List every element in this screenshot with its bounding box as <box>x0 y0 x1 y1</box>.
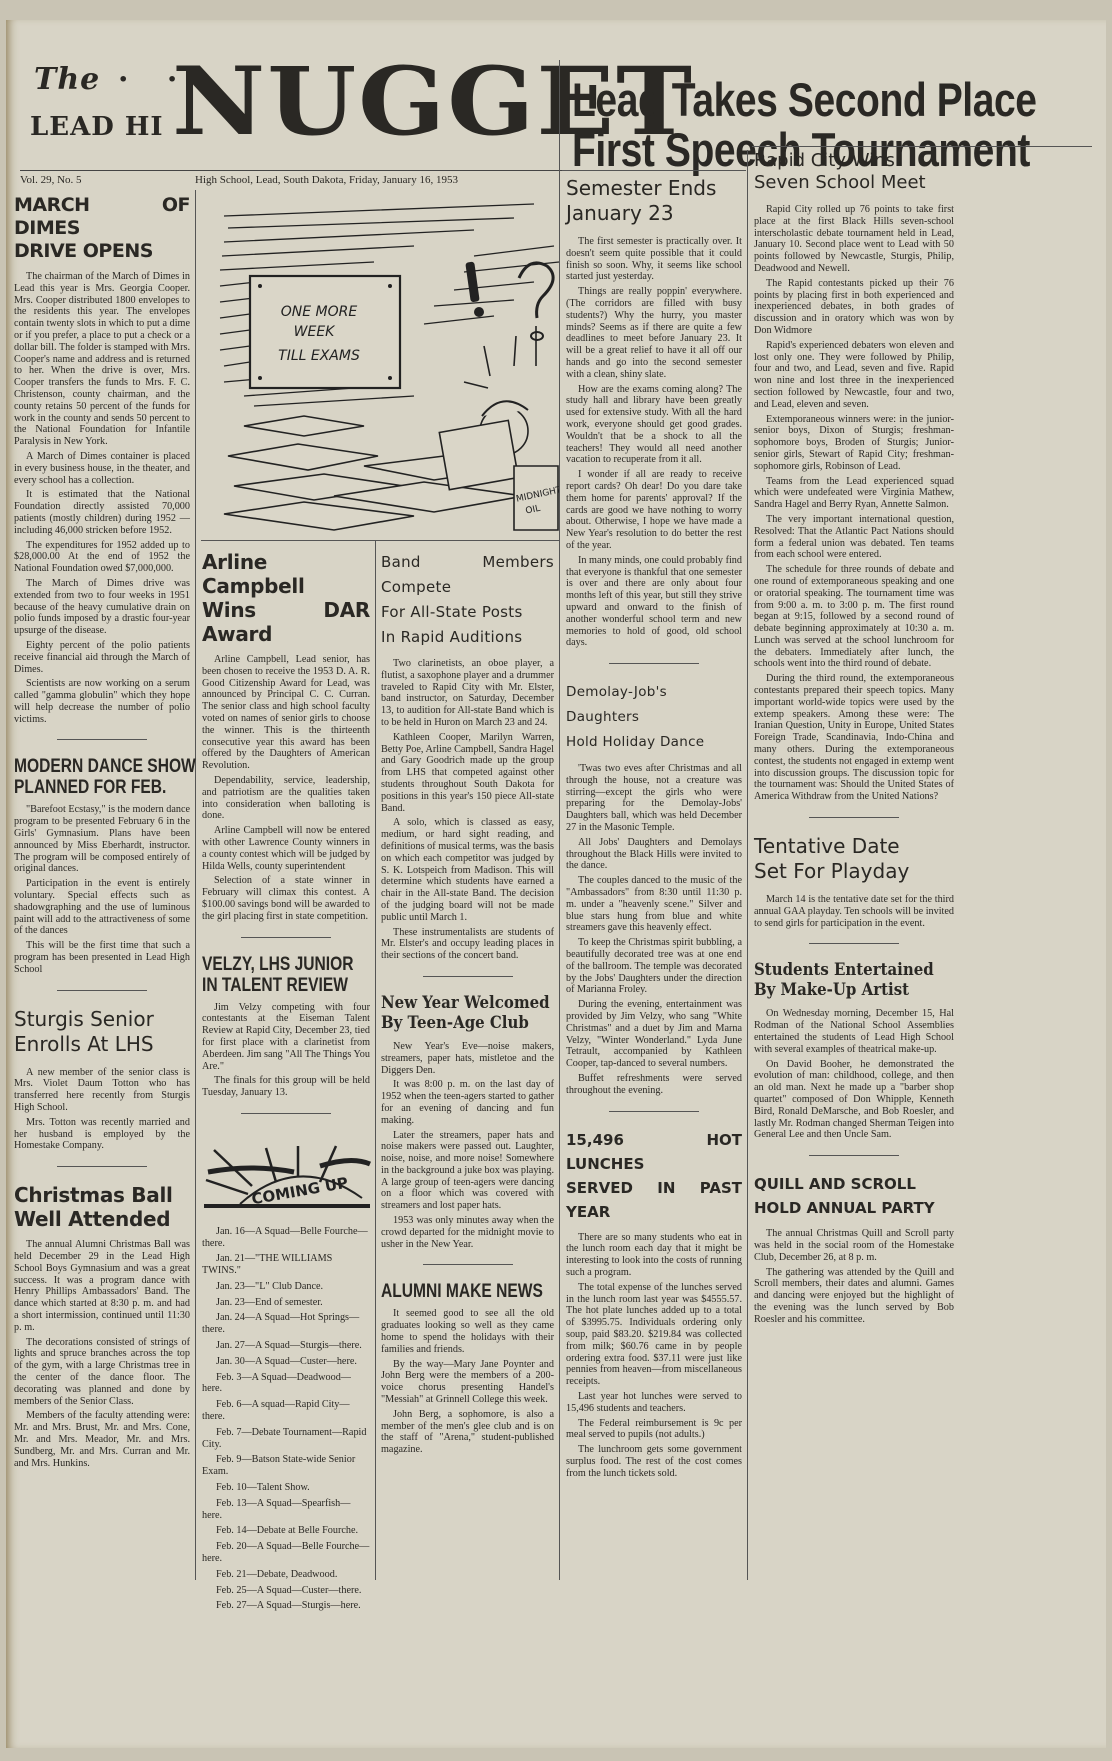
banner-line-1: Lead Takes Second Place <box>572 75 1020 125</box>
article-paragraph: To keep the Christmas spirit bubbling, a… <box>566 937 742 996</box>
article-paragraph: All Jobs' Daughters and Demolays through… <box>566 837 742 872</box>
headline-band-members: Band Members Compete For All-State Posts… <box>381 550 554 650</box>
event-item: Feb. 7—Debate Tournament—Rapid City. <box>202 1427 370 1451</box>
event-item: Jan. 23—"L" Club Dance. <box>202 1281 370 1293</box>
article-paragraph: Later the streamers, paper hats and nois… <box>381 1130 554 1213</box>
event-item: Jan. 16—A Squad—Belle Fourche—there. <box>202 1226 370 1250</box>
event-item: Feb. 20—A Squad—Belle Fourche—here. <box>202 1541 370 1565</box>
headline-rapid-city: Rapid City Wins Seven School Meet <box>754 150 954 194</box>
article-paragraph: The March of Dimes drive was extended fr… <box>14 578 190 637</box>
column-rule <box>747 150 748 1580</box>
article-paragraph: March 14 is the tentative date set for t… <box>754 894 954 929</box>
article-paragraph: Extemporaneous winners were: in the juni… <box>754 414 954 473</box>
column-1: MARCH OF DIMES DRIVE OPENS The chairman … <box>14 194 190 1472</box>
sign-text-1: ONE MORE <box>281 304 358 320</box>
article-paragraph: These instrumentalists are students of M… <box>381 927 554 962</box>
article-paragraph: Mrs. Totton was recently married and her… <box>14 1117 190 1152</box>
separator <box>609 1111 699 1112</box>
article-paragraph: Kathleen Cooper, Marilyn Warren, Betty P… <box>381 732 554 815</box>
article-paragraph: The finals for this group will be held T… <box>202 1075 370 1099</box>
article-paragraph: During the evening, entertainment was pr… <box>566 999 742 1070</box>
article-paragraph: Last year hot lunches were served to 15,… <box>566 1391 742 1415</box>
column-2: Arline Campbell Wins DAR Award Arline Ca… <box>202 550 370 1616</box>
article-paragraph: The lunchroom gets some government surpl… <box>566 1444 742 1479</box>
masthead-the: The <box>34 62 100 97</box>
article-paragraph: Two clarinetists, an oboe player, a flut… <box>381 658 554 729</box>
article-paragraph: In many minds, one could probably find t… <box>566 555 742 649</box>
rule <box>752 146 1092 147</box>
column-3: Band Members Compete For All-State Posts… <box>381 550 554 1459</box>
event-item: Jan. 21—"THE WILLIAMS TWINS." <box>202 1253 370 1277</box>
article-paragraph: Scientists are now working on a serum ca… <box>14 678 190 725</box>
event-item: Jan. 30—A Squad—Custer—here. <box>202 1356 370 1368</box>
article-paragraph: It was 8:00 p. m. on the last day of 195… <box>381 1079 554 1126</box>
article-paragraph: The first semester is practically over. … <box>566 236 742 283</box>
masthead-lead-hi: LEAD HI <box>30 112 164 142</box>
events-list: Jan. 16—A Squad—Belle Fourche—there. Jan… <box>202 1226 370 1613</box>
article-paragraph: Rapid's experienced debaters won eleven … <box>754 340 954 411</box>
column-4: Semester Ends January 23 The first semes… <box>566 176 742 1483</box>
separator <box>423 976 513 977</box>
article-paragraph: This will be the first time that such a … <box>14 940 190 975</box>
article-paragraph: The annual Christmas Quill and Scroll pa… <box>754 1228 954 1263</box>
newspaper-page: The · · LEAD HI NUGGET Lead Takes Second… <box>6 20 1106 1748</box>
separator <box>241 937 331 938</box>
article-paragraph: During the third round, the extemporaneo… <box>754 673 954 803</box>
event-item: Jan. 24—A Squad—Hot Springs—there. <box>202 1312 370 1336</box>
separator <box>57 990 147 991</box>
article-paragraph: It seemed good to see all the old gradua… <box>381 1308 554 1355</box>
event-item: Feb. 25—A Squad—Custer—there. <box>202 1585 370 1597</box>
event-item: Feb. 6—A squad—Rapid City—there. <box>202 1399 370 1423</box>
masthead-divider <box>559 60 560 172</box>
event-item: Jan. 27—A Squad—Sturgis—there. <box>202 1340 370 1352</box>
article-paragraph: The chairman of the March of Dimes in Le… <box>14 271 190 448</box>
separator <box>57 739 147 740</box>
article-paragraph: The gathering was attended by the Quill … <box>754 1267 954 1326</box>
event-item: Feb. 10—Talent Show. <box>202 1482 370 1494</box>
headline-semester-ends: Semester Ends January 23 <box>566 176 742 226</box>
article-paragraph: Members of the faculty attending were: M… <box>14 1410 190 1469</box>
separator <box>809 817 899 818</box>
separator <box>609 663 699 664</box>
exam-cartoon-illustration: ONE MORE WEEK TILL EXAMS MIDNIGHT OIL <box>214 196 559 538</box>
column-5: Rapid City Wins Seven School Meet Rapid … <box>754 150 954 1329</box>
article-paragraph: The annual Alumni Christmas Ball was hel… <box>14 1239 190 1333</box>
article-paragraph: Participation in the event is entirely v… <box>14 878 190 937</box>
article-paragraph: Teams from the Lead experienced squad wh… <box>754 476 954 511</box>
article-paragraph: On Wednesday morning, December 15, Hal R… <box>754 1008 954 1055</box>
column-rule <box>375 540 376 1580</box>
article-paragraph: New Year's Eve—noise makers, streamers, … <box>381 1041 554 1076</box>
event-item: Feb. 14—Debate at Belle Fourche. <box>202 1525 370 1537</box>
headline-demolay: Demolay-Job's Daughters Hold Holiday Dan… <box>566 680 742 755</box>
article-paragraph: The decorations consisted of strings of … <box>14 1337 190 1408</box>
article-paragraph: Arline Campbell will now be entered with… <box>202 825 370 872</box>
article-paragraph: Dependability, service, leadership, and … <box>202 775 370 822</box>
article-paragraph: How are the exams coming along? The stud… <box>566 384 742 467</box>
article-paragraph: By the way—Mary Jane Poynter and John Be… <box>381 1359 554 1406</box>
separator <box>423 1264 513 1265</box>
volume-number: Vol. 29, No. 5 <box>20 174 82 186</box>
cartoon-rule <box>201 540 559 541</box>
article-paragraph: Buffet refreshments were served througho… <box>566 1073 742 1097</box>
article-paragraph: The Federal reimbursement is 9c per meal… <box>566 1418 742 1442</box>
headline-arline-campbell: Arline Campbell Wins DAR Award <box>202 550 370 646</box>
headline-christmas-ball: Christmas Ball Well Attended <box>14 1183 190 1231</box>
headline-velzy: VELZY, LHS JUNIOR IN TALENT REVIEW <box>202 954 340 996</box>
article-paragraph: The Rapid contestants picked up their 76… <box>754 278 954 337</box>
column-rule <box>195 190 196 1580</box>
article-paragraph: It is estimated that the National Founda… <box>14 489 190 536</box>
headline-alumni: ALUMNI MAKE NEWS <box>381 1281 523 1302</box>
article-paragraph: On David Booher, he demonstrated the evo… <box>754 1059 954 1142</box>
separator <box>809 1155 899 1156</box>
article-paragraph: Rapid City rolled up 76 points to take f… <box>754 204 954 275</box>
headline-modern-dance: MODERN DANCE SHOW PLANNED FOR FEB. <box>14 756 158 798</box>
dateline-bar: Vol. 29, No. 5 High School, Lead, South … <box>20 170 565 173</box>
article-paragraph: Arline Campbell, Lead senior, has been c… <box>202 654 370 772</box>
separator <box>57 1166 147 1167</box>
event-item: Feb. 13—A Squad—Spearfish—here. <box>202 1498 370 1522</box>
sign-text-3: TILL EXAMS <box>278 348 360 364</box>
dateline: High School, Lead, South Dakota, Friday,… <box>195 174 458 186</box>
event-item: Jan. 23—End of semester. <box>202 1297 370 1309</box>
headline-make-up-artist: Students Entertained By Make-Up Artist <box>754 960 930 1000</box>
column-rule <box>559 170 560 1580</box>
event-item: Feb. 9—Batson State-wide Senior Exam. <box>202 1454 370 1478</box>
article-paragraph: The total expense of the lunches served … <box>566 1282 742 1388</box>
separator <box>809 943 899 944</box>
article-paragraph: "Barefoot Ecstasy," is the modern dance … <box>14 804 190 875</box>
article-paragraph: Jim Velzy competing with four contestant… <box>202 1002 370 1073</box>
article-paragraph: John Berg, a sophomore, is also a member… <box>381 1409 554 1456</box>
article-paragraph: The very important international questio… <box>754 514 954 561</box>
event-item: Feb. 3—A Squad—Deadwood—here. <box>202 1372 370 1396</box>
article-paragraph: There are so many students who eat in th… <box>566 1232 742 1279</box>
headline-playday: Tentative Date Set For Playday <box>754 834 954 884</box>
article-paragraph: Selection of a state winner in February … <box>202 875 370 922</box>
article-paragraph: A new member of the senior class is Mrs.… <box>14 1067 190 1114</box>
coming-up-title: COMING UP <box>250 1174 349 1209</box>
article-paragraph: Eighty percent of the polio patients rec… <box>14 640 190 675</box>
article-paragraph: 1953 was only minutes away when the crow… <box>381 1215 554 1250</box>
article-paragraph: I wonder if all are ready to receive rep… <box>566 469 742 552</box>
article-paragraph: 'Twas two eves after Christmas and all t… <box>566 763 742 834</box>
article-paragraph: The couples danced to the music of the "… <box>566 875 742 934</box>
article-paragraph: The expenditures for 1952 added up to $2… <box>14 540 190 575</box>
headline-hot-lunches: 15,496 HOT LUNCHES SERVED IN PAST YEAR <box>566 1128 742 1224</box>
headline-march-of-dimes: MARCH OF DIMES DRIVE OPENS <box>14 194 190 263</box>
article-paragraph: Things are really poppin' everywhere. (T… <box>566 286 742 380</box>
rule <box>562 170 746 171</box>
headline-quill-scroll: QUILL AND SCROLL HOLD ANNUAL PARTY <box>754 1172 954 1220</box>
headline-new-year: New Year Welcomed By Teen-Age Club <box>381 993 533 1033</box>
article-paragraph: A March of Dimes container is placed in … <box>14 451 190 486</box>
sign-text-2: WEEK <box>294 324 337 340</box>
event-item: Feb. 21—Debate, Deadwood. <box>202 1569 370 1581</box>
article-paragraph: A solo, which is classed as easy, medium… <box>381 817 554 923</box>
coming-up-sunburst-icon: COMING UP <box>202 1142 372 1212</box>
event-item: Feb. 27—A Squad—Sturgis—here. <box>202 1600 370 1612</box>
article-paragraph: The schedule for three rounds of debate … <box>754 564 954 670</box>
separator <box>241 1113 331 1114</box>
headline-sturgis-senior: Sturgis Senior Enrolls At LHS <box>14 1007 190 1057</box>
